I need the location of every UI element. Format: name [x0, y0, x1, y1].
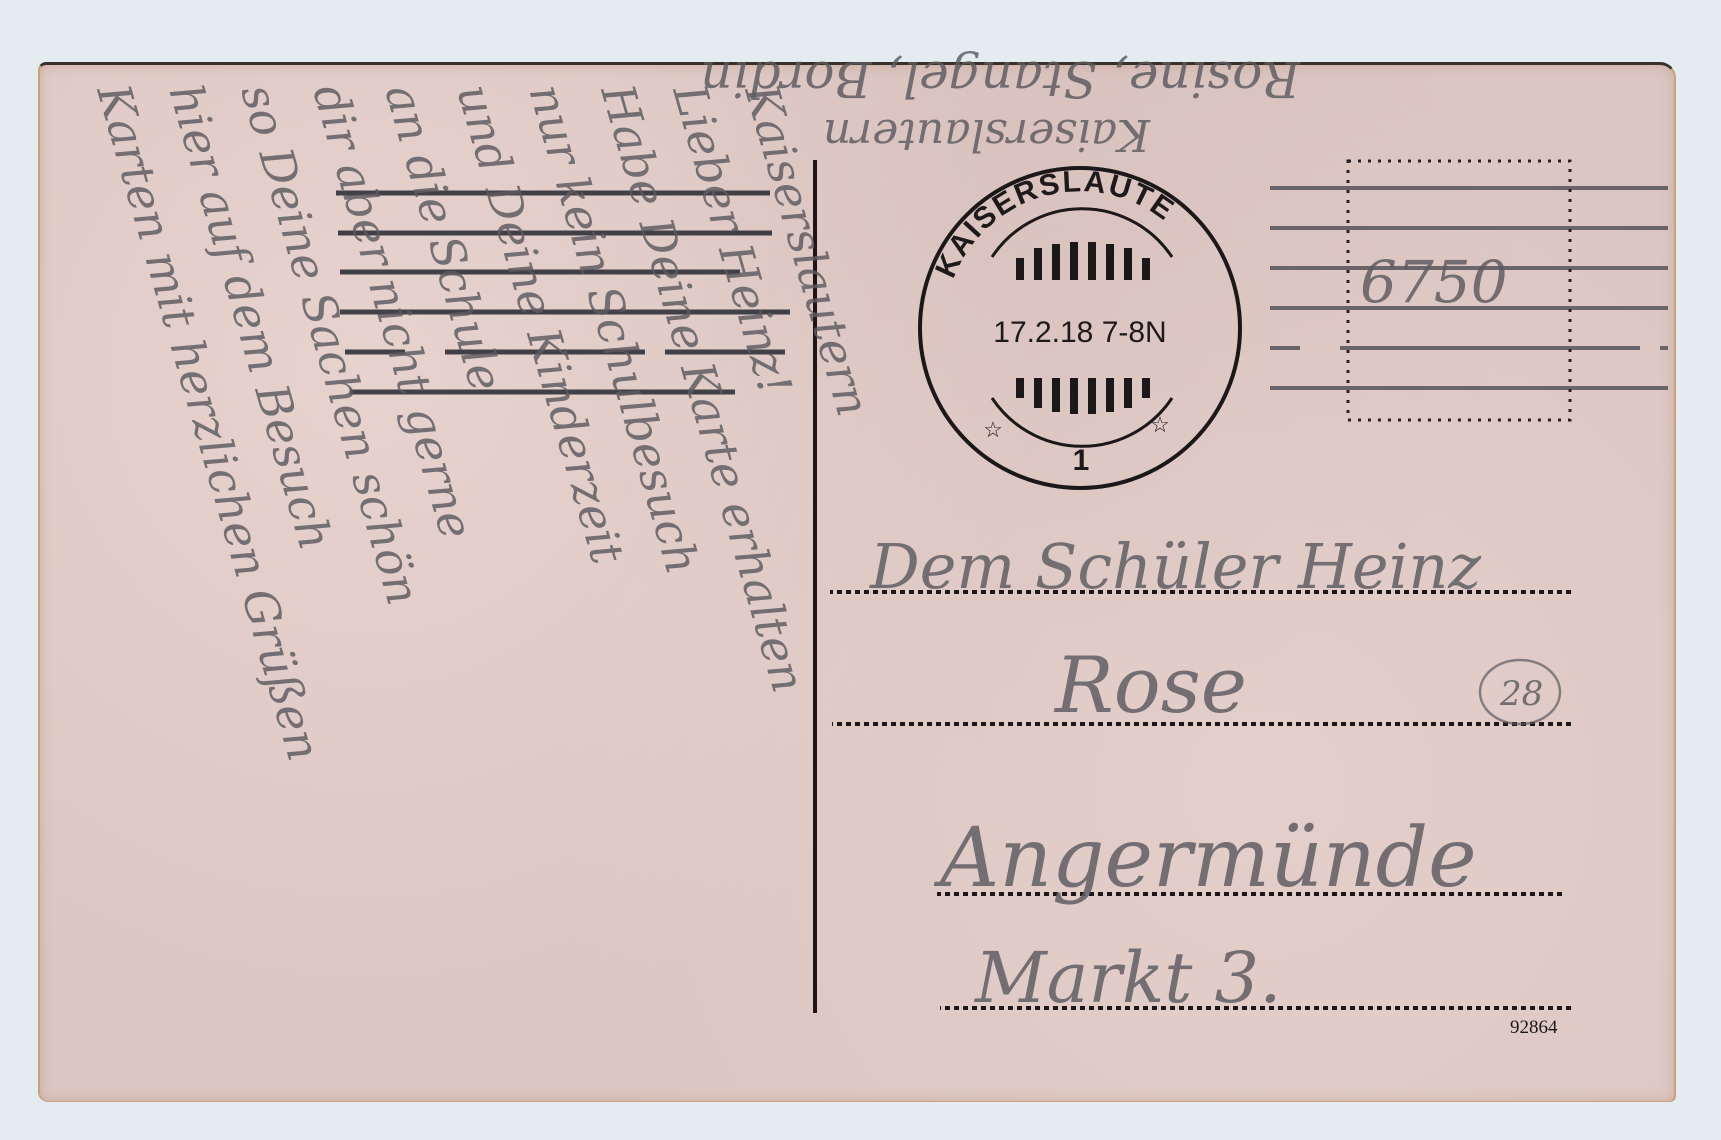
address-line-4: Markt 3. [973, 937, 1281, 1019]
star-icon: ☆ [1150, 412, 1170, 437]
address-line-2-note: 28 [1499, 674, 1543, 714]
postcard-markings: KAISERSLAUTE 17.2.18 7-8N 1 ☆ ☆ 6750 Dem… [0, 0, 1721, 1140]
message-area: KaiserslauternLieber Heinz!Habe Deine Ka… [86, 77, 880, 766]
stamp-box-note: 6750 [1360, 248, 1508, 316]
address-line-2: Rose [1053, 641, 1247, 731]
postmark-office: 1 [1073, 444, 1090, 477]
address-block: Dem Schüler Heinz Rose 28 Angermünde Mar… [869, 530, 1560, 1019]
serial-number: 92864 [1510, 1017, 1558, 1039]
postmark: KAISERSLAUTE 17.2.18 7-8N 1 ☆ ☆ [920, 165, 1240, 488]
address-line-3: Angermünde [933, 811, 1477, 906]
star-icon: ☆ [983, 417, 1003, 442]
postmark-date: 17.2.18 7-8N [993, 316, 1166, 349]
address-line-1: Dem Schüler Heinz [869, 530, 1481, 603]
svg-text:Kaiserslautern: Kaiserslautern [823, 109, 1151, 160]
